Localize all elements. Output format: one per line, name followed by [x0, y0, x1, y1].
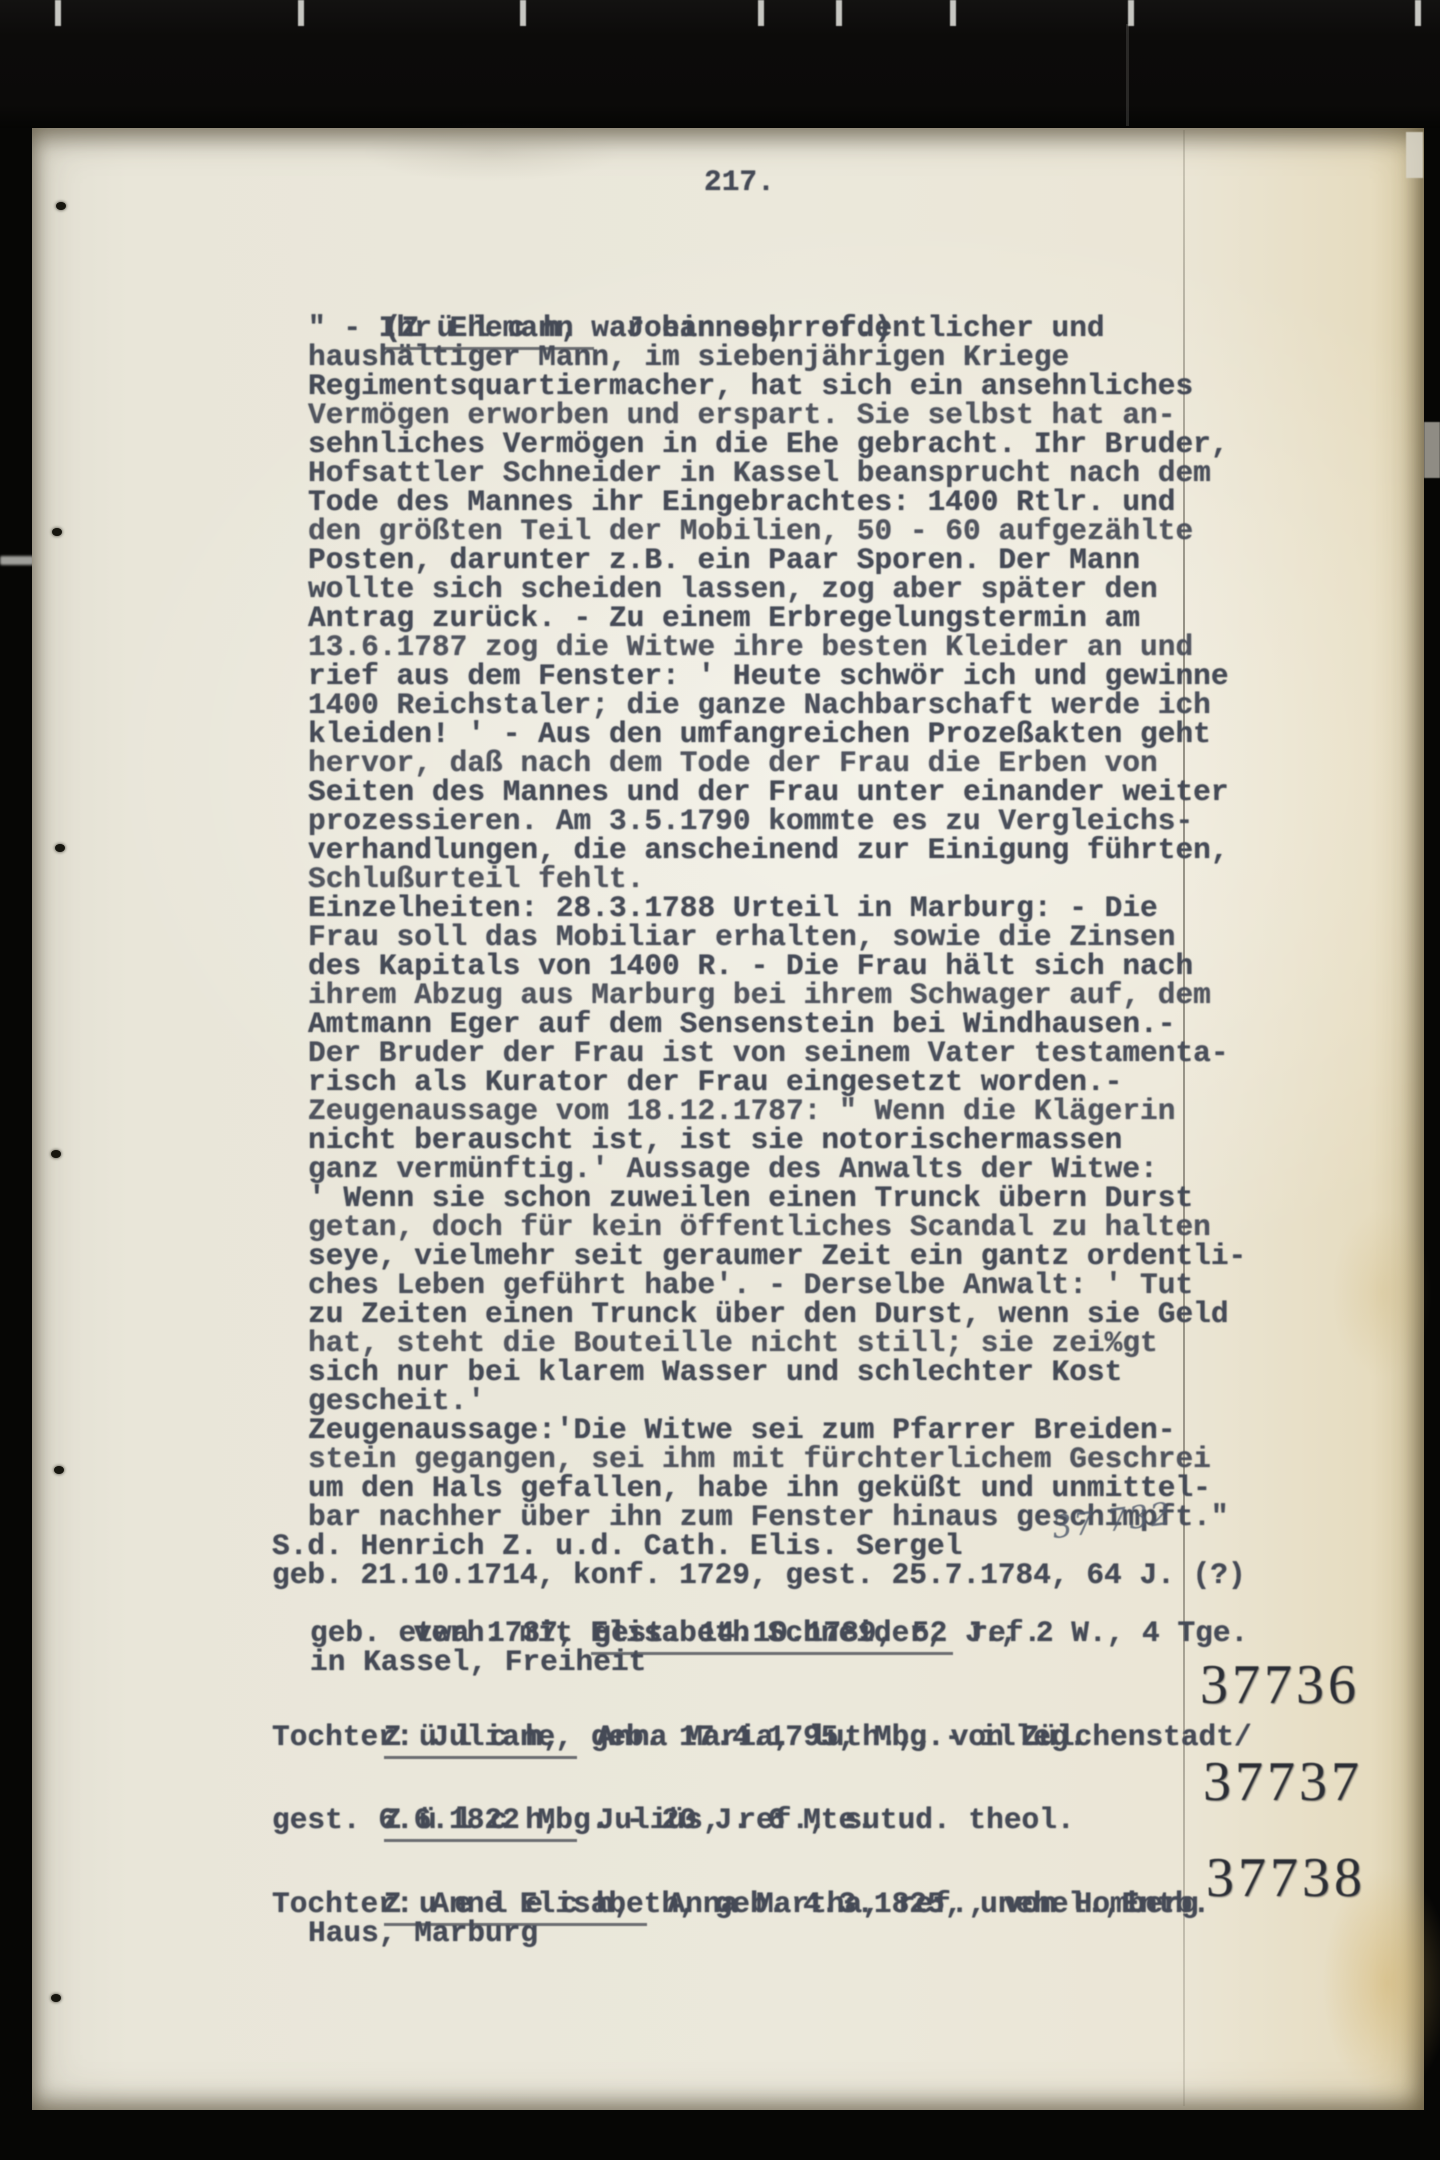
typed-line: Vermögen erworben und erspart. Sie selbs…: [308, 401, 1246, 430]
typed-line: getan, doch für kein öffentliches Scanda…: [308, 1213, 1246, 1242]
typed-line: des Kapitals von 1400 R. - Die Frau hält…: [308, 952, 1246, 981]
typed-line: haushältiger Mann, im siebenjährigen Kri…: [308, 343, 1246, 372]
typed-line: Hofsattler Schneider in Kassel beanspruc…: [308, 459, 1246, 488]
typed-line: stein gegangen, sei ihm mit fürchterlich…: [308, 1445, 1246, 1474]
typed-line: " - Ihr Ehemann war ein sehr ordentliche…: [308, 314, 1246, 343]
typed-line: ganz vermünftig.' Aussage des Anwalts de…: [308, 1155, 1246, 1184]
wife-birth-line: geb. etwa 1737, gest. 14.10.1789, 52 J.,…: [310, 1619, 1248, 1648]
scanned-document-screenshot: 217. (Z ü l c h,Johannes, ref.) " - Ihr …: [0, 0, 1440, 2160]
typed-line: gescheit.': [308, 1387, 1246, 1416]
typed-line: sehnliches Vermögen in die Ehe gebracht.…: [308, 430, 1246, 459]
typed-line: risch als Kurator der Frau eingesetzt wo…: [308, 1068, 1246, 1097]
typed-line: Antrag zurück. - Zu einem Erbregelungste…: [308, 604, 1246, 633]
typed-line: Zeugenaussage:'Die Witwe sei zum Pfarrer…: [308, 1416, 1246, 1445]
film-edge-tab: [1424, 422, 1440, 478]
register-number-stamp: 37738: [1206, 1850, 1366, 1906]
typed-line: Frau soll das Mobiliar erhalten, sowie d…: [308, 923, 1246, 952]
film-mark: [55, 0, 61, 26]
birth-death-line: geb. 21.10.1714, konf. 1729, gest. 25.7.…: [272, 1561, 1246, 1590]
typed-line: verhandlungen, die anscheinend zur Einig…: [308, 836, 1246, 865]
film-mark: [520, 0, 526, 26]
parents-line: S.d. Henrich Z. u.d. Cath. Elis. Sergel: [272, 1532, 962, 1561]
typed-line: rief aus dem Fenster: ' Heute schwör ich…: [308, 662, 1246, 691]
typed-line: Zeugenaussage vom 18.12.1787: " Wenn die…: [308, 1097, 1246, 1126]
register-number-stamp: 37736: [1200, 1657, 1360, 1713]
typed-line: Seiten des Mannes und der Frau unter ein…: [308, 778, 1246, 807]
wife-place-line: in Kassel, Freiheit: [310, 1648, 646, 1677]
typed-line: Posten, darunter z.B. ein Paar Sporen. D…: [308, 546, 1246, 575]
film-mark: [950, 0, 956, 26]
typed-line: den größten Teil der Mobilien, 50 - 60 a…: [308, 517, 1246, 546]
typed-line: Schlußurteil fehlt.: [308, 865, 1246, 894]
film-mark: [298, 0, 304, 26]
typed-line: Regimentsquartiermacher, hat sich ein an…: [308, 372, 1246, 401]
film-mark: [758, 0, 764, 26]
film-edge-streak: [0, 556, 34, 565]
typed-line: kleiden! ' - Aus den umfangreichen Proze…: [308, 720, 1246, 749]
typed-line: 13.6.1787 zog die Witwe ihre besten Klei…: [308, 633, 1246, 662]
film-mark: [836, 0, 842, 26]
register-number-stamp: 37737: [1203, 1754, 1363, 1810]
typed-line: ' Wenn sie schon zuweilen einen Trunck ü…: [308, 1184, 1246, 1213]
typed-line: zu Zeiten einen Trunck über den Durst, w…: [308, 1300, 1246, 1329]
typed-line: um den Hals gefallen, habe ihn geküßt un…: [308, 1474, 1246, 1503]
typed-line: 1400 Reichstaler; die ganze Nachbarschaf…: [308, 691, 1246, 720]
typed-line: wollte sich scheiden lassen, zog aber sp…: [308, 575, 1246, 604]
page-number: 217.: [704, 168, 775, 197]
typed-line: Einzelheiten: 28.3.1788 Urteil in Marbur…: [308, 894, 1246, 923]
typed-line: seye, vielmehr seit geraumer Zeit ein ga…: [308, 1242, 1246, 1271]
testimony-text-block: " - Ihr Ehemann war ein sehr ordentliche…: [308, 314, 1246, 1532]
typed-line: Tode des Mannes ihr Eingebrachtes: 1400 …: [308, 488, 1246, 517]
entry-detail-line: Tochter: Anne Elisabeth, geb. 4.3.1825, …: [272, 1890, 1210, 1919]
entry-detail-line: Haus, Marburg: [308, 1919, 538, 1948]
document-page: 217. (Z ü l c h,Johannes, ref.) " - Ihr …: [32, 128, 1424, 2110]
typed-line: prozessieren. Am 3.5.1790 kommte es zu V…: [308, 807, 1246, 836]
typed-line: Amtmann Eger auf dem Sensenstein bei Win…: [308, 1010, 1246, 1039]
typed-line: sich nur bei klarem Wasser und schlechte…: [308, 1358, 1246, 1387]
film-mark: [1415, 0, 1421, 26]
typed-text-layer: 217. (Z ü l c h,Johannes, ref.) " - Ihr …: [32, 128, 1424, 2110]
typed-line: nicht berauscht ist, ist sie notorischer…: [308, 1126, 1246, 1155]
film-scratch-line: [1126, 24, 1129, 126]
typed-line: hat, steht die Bouteille nicht still; si…: [308, 1329, 1246, 1358]
typed-line: Der Bruder der Frau ist von seinem Vater…: [308, 1039, 1246, 1068]
film-top-band: [0, 0, 1440, 128]
typed-line: ihrem Abzug aus Marburg bei ihrem Schwag…: [308, 981, 1246, 1010]
entry-detail-line: gest. 6.6.1822 Mbg. - 20 J. 6 Mte.: [272, 1806, 874, 1835]
entry-detail-line: Tochter: Juliane, geb. 17.4.1795, Mbg.- …: [272, 1723, 1086, 1752]
typed-line: hervor, daß nach dem Tode der Frau die E…: [308, 749, 1246, 778]
typed-line: ches Leben geführt habe'. - Derselbe Anw…: [308, 1271, 1246, 1300]
film-mark: [1128, 0, 1134, 26]
